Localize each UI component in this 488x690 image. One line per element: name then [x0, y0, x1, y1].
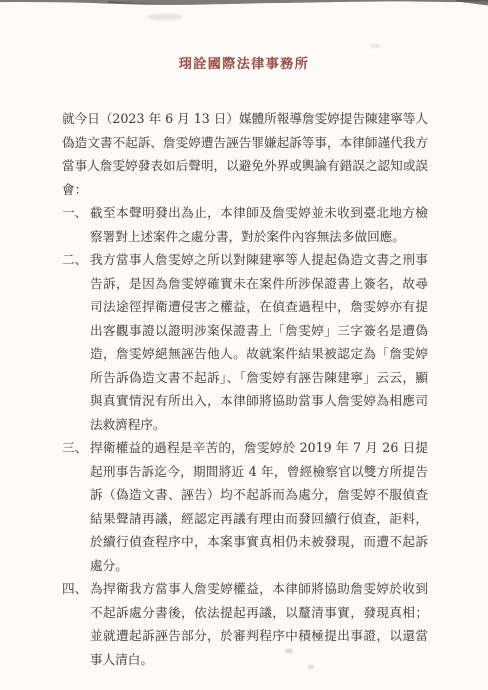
item-1-number: 一、 — [62, 201, 90, 248]
scanned-letter-page: 珝詮國際法律事務所 就今日（2023 年 6 月 13 日）媒體所報導詹雯婷提告… — [0, 0, 488, 690]
item-1-text: 截至本聲明發出為止，本律師及詹雯婷並未收到臺北地方檢察署對上述案件之處分書，對於… — [90, 201, 428, 248]
statement-item-2: 二、 我方當事人詹雯婷之所以對陳建寧等人提起偽造文書之刑事告訴，是因為詹雯婷確實… — [62, 248, 428, 436]
statement-item-4: 四、 為捍衛我方當事人詹雯婷權益，本律師將協助詹雯婷於收到不起訴處分書後，依法提… — [62, 577, 428, 671]
item-3-number: 三、 — [62, 436, 90, 577]
item-4-number: 四、 — [62, 577, 90, 671]
scan-edge-artifact — [0, 0, 488, 10]
scan-smudge — [370, 44, 380, 48]
item-2-text: 我方當事人詹雯婷之所以對陳建寧等人提起偽造文書之刑事告訴，是因為詹雯婷確實未在案… — [90, 248, 428, 436]
law-firm-letterhead: 珝詮國際法律事務所 — [0, 53, 488, 72]
item-4-text: 為捍衛我方當事人詹雯婷權益，本律師將協助詹雯婷於收到不起訴處分書後，依法提起再議… — [90, 577, 428, 671]
scan-smudge — [148, 14, 182, 20]
statement-body: 就今日（2023 年 6 月 13 日）媒體所報導詹雯婷提告陳建寧等人偽造文書不… — [62, 107, 428, 671]
statement-item-3: 三、 捍衛權益的過程是辛苦的，詹雯婷於 2019 年 7 月 26 日提起刑事告… — [62, 436, 428, 577]
statement-intro: 就今日（2023 年 6 月 13 日）媒體所報導詹雯婷提告陳建寧等人偽造文書不… — [62, 107, 428, 201]
item-3-text: 捍衛權益的過程是辛苦的，詹雯婷於 2019 年 7 月 26 日提起刑事告訴迄今… — [90, 436, 428, 577]
statement-item-1: 一、 截至本聲明發出為止，本律師及詹雯婷並未收到臺北地方檢察署對上述案件之處分書… — [62, 201, 428, 248]
item-2-number: 二、 — [62, 248, 90, 436]
